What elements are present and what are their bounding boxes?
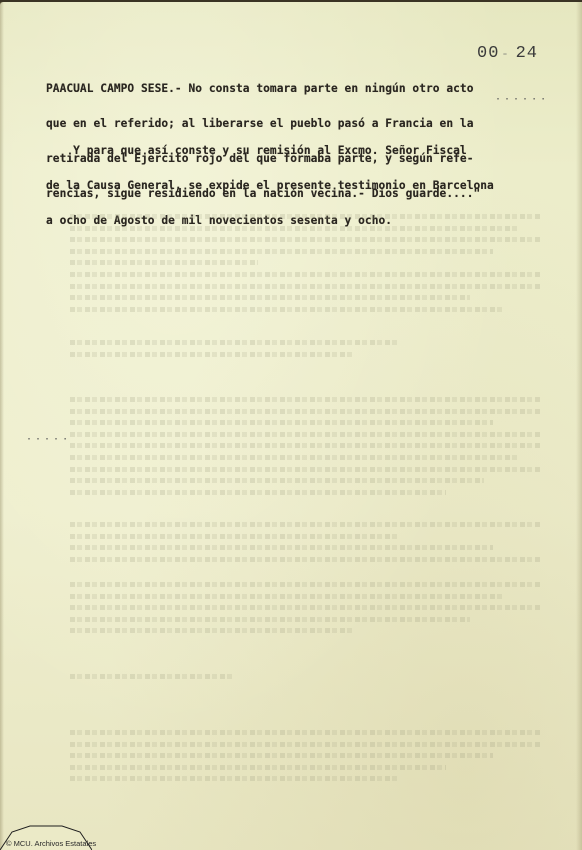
archive-watermark: © MCU. Archivos Estatales: [0, 824, 92, 850]
folio-separator: -: [501, 47, 509, 61]
bleed-through-block: [70, 674, 540, 686]
stray-marks: ······: [495, 94, 549, 105]
bleed-through-block: [70, 272, 540, 318]
bleed-through-block: [70, 522, 540, 568]
bleed-through-block: [70, 340, 540, 363]
watermark-text: © MCU. Archivos Estatales: [6, 839, 96, 848]
bleed-through-block: [70, 730, 540, 788]
folio-right: 24: [516, 44, 538, 63]
bleed-through-block: [70, 214, 540, 272]
bleed-through-block: [70, 397, 540, 501]
stray-marks: ·····: [26, 434, 71, 445]
text-line: de la Causa General, se expide el presen…: [46, 180, 494, 192]
folio-left: 00: [477, 44, 499, 63]
folio-number: 00-24: [477, 44, 538, 63]
text-line: Y para que así conste y su remisión al E…: [46, 145, 494, 157]
document-page: 00-24 PAACUAL CAMPO SESE.- No consta tom…: [0, 2, 582, 850]
text-line: PAACUAL CAMPO SESE.- No consta tomara pa…: [46, 83, 480, 95]
bleed-through-block: [70, 582, 540, 640]
